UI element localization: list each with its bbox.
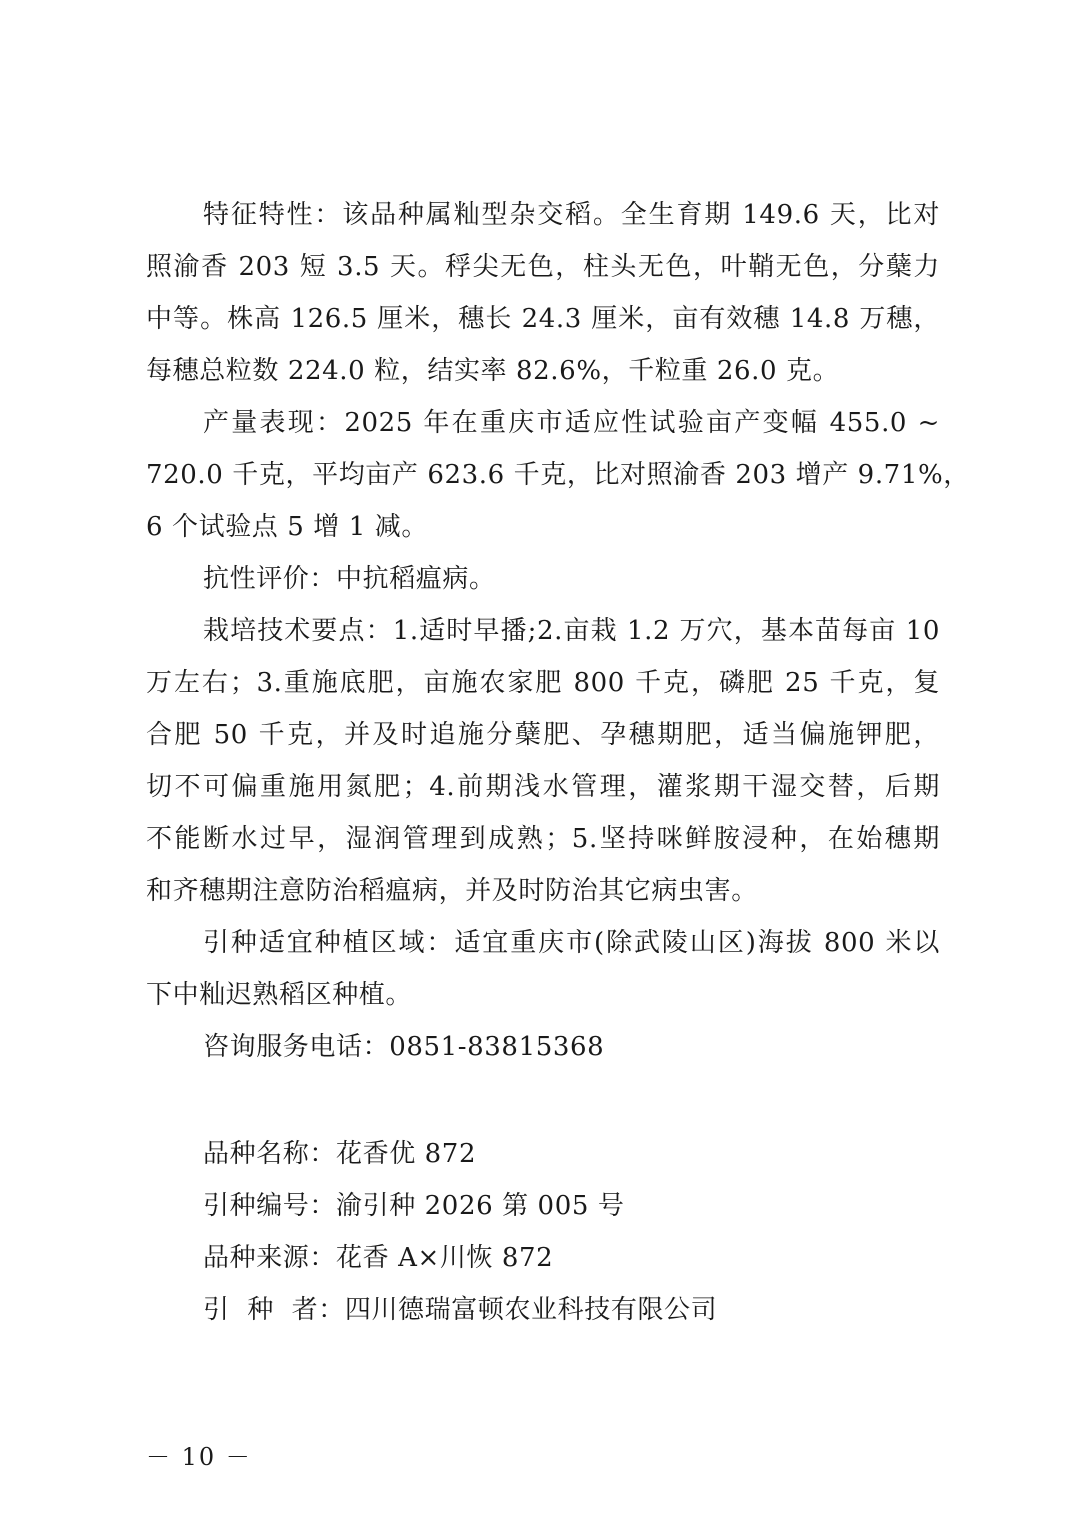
cultivation-line-2: 万左右；3.重施底肥，亩施农家肥 800 千克，磷肥 25 千克，复 bbox=[146, 666, 940, 700]
cultivation-line-3: 合肥 50 千克，并及时追施分蘖肥、孕穗期肥，适当偏施钾肥， bbox=[146, 718, 940, 752]
cultivation-line-6: 和齐穗期注意防治稻瘟病，并及时防治其它病虫害。 bbox=[146, 874, 946, 908]
traits-line-1: 特征特性：该品种属籼型杂交稻。全生育期 149.6 天，比对 bbox=[203, 198, 940, 232]
document-page: 特征特性：该品种属籼型杂交稻。全生育期 149.6 天，比对 照渝香 203 短… bbox=[0, 0, 1074, 1520]
yield-line-1: 产量表现：2025 年在重庆市适应性试验亩产变幅 455.0 ~ bbox=[203, 406, 940, 440]
region-line-1: 引种适宜种植区域：适宜重庆市(除武陵山区)海拔 800 米以 bbox=[203, 926, 940, 960]
region-line-2: 下中籼迟熟稻区种植。 bbox=[146, 978, 946, 1012]
yield-line-3: 6 个试验点 5 增 1 减。 bbox=[146, 510, 946, 544]
cultivation-line-4: 切不可偏重施用氮肥；4.前期浅水管理，灌浆期干湿交替，后期 bbox=[146, 770, 940, 804]
variety-source: 品种来源：花香 A×川恢 872 bbox=[203, 1241, 1003, 1275]
page-number: － 10 － bbox=[146, 1442, 252, 1472]
traits-line-3: 中等。株高 126.5 厘米，穗长 24.3 厘米，亩有效穗 14.8 万穗， bbox=[146, 302, 940, 336]
contact-phone: 咨询服务电话：0851-83815368 bbox=[203, 1030, 1003, 1064]
yield-line-2: 720.0 千克，平均亩产 623.6 千克，比对照渝香 203 增产 9.71… bbox=[146, 458, 940, 492]
variety-code: 引种编号：渝引种 2026 第 005 号 bbox=[203, 1189, 1003, 1223]
traits-line-2: 照渝香 203 短 3.5 天。稃尖无色，柱头无色，叶鞘无色，分蘖力 bbox=[146, 250, 940, 284]
cultivation-line-5: 不能断水过早，湿润管理到成熟；5.坚持咪鲜胺浸种，在始穗期 bbox=[146, 822, 940, 856]
variety-introducer: 引 种 者：四川德瑞富顿农业科技有限公司 bbox=[203, 1293, 1003, 1327]
variety-name: 品种名称：花香优 872 bbox=[203, 1137, 1003, 1171]
cultivation-line-1: 栽培技术要点：1.适时早播;2.亩栽 1.2 万穴，基本苗每亩 10 bbox=[203, 614, 940, 648]
traits-line-4: 每穗总粒数 224.0 粒，结实率 82.6%，千粒重 26.0 克。 bbox=[146, 354, 946, 388]
resistance-line-1: 抗性评价：中抗稻瘟病。 bbox=[203, 562, 1003, 596]
